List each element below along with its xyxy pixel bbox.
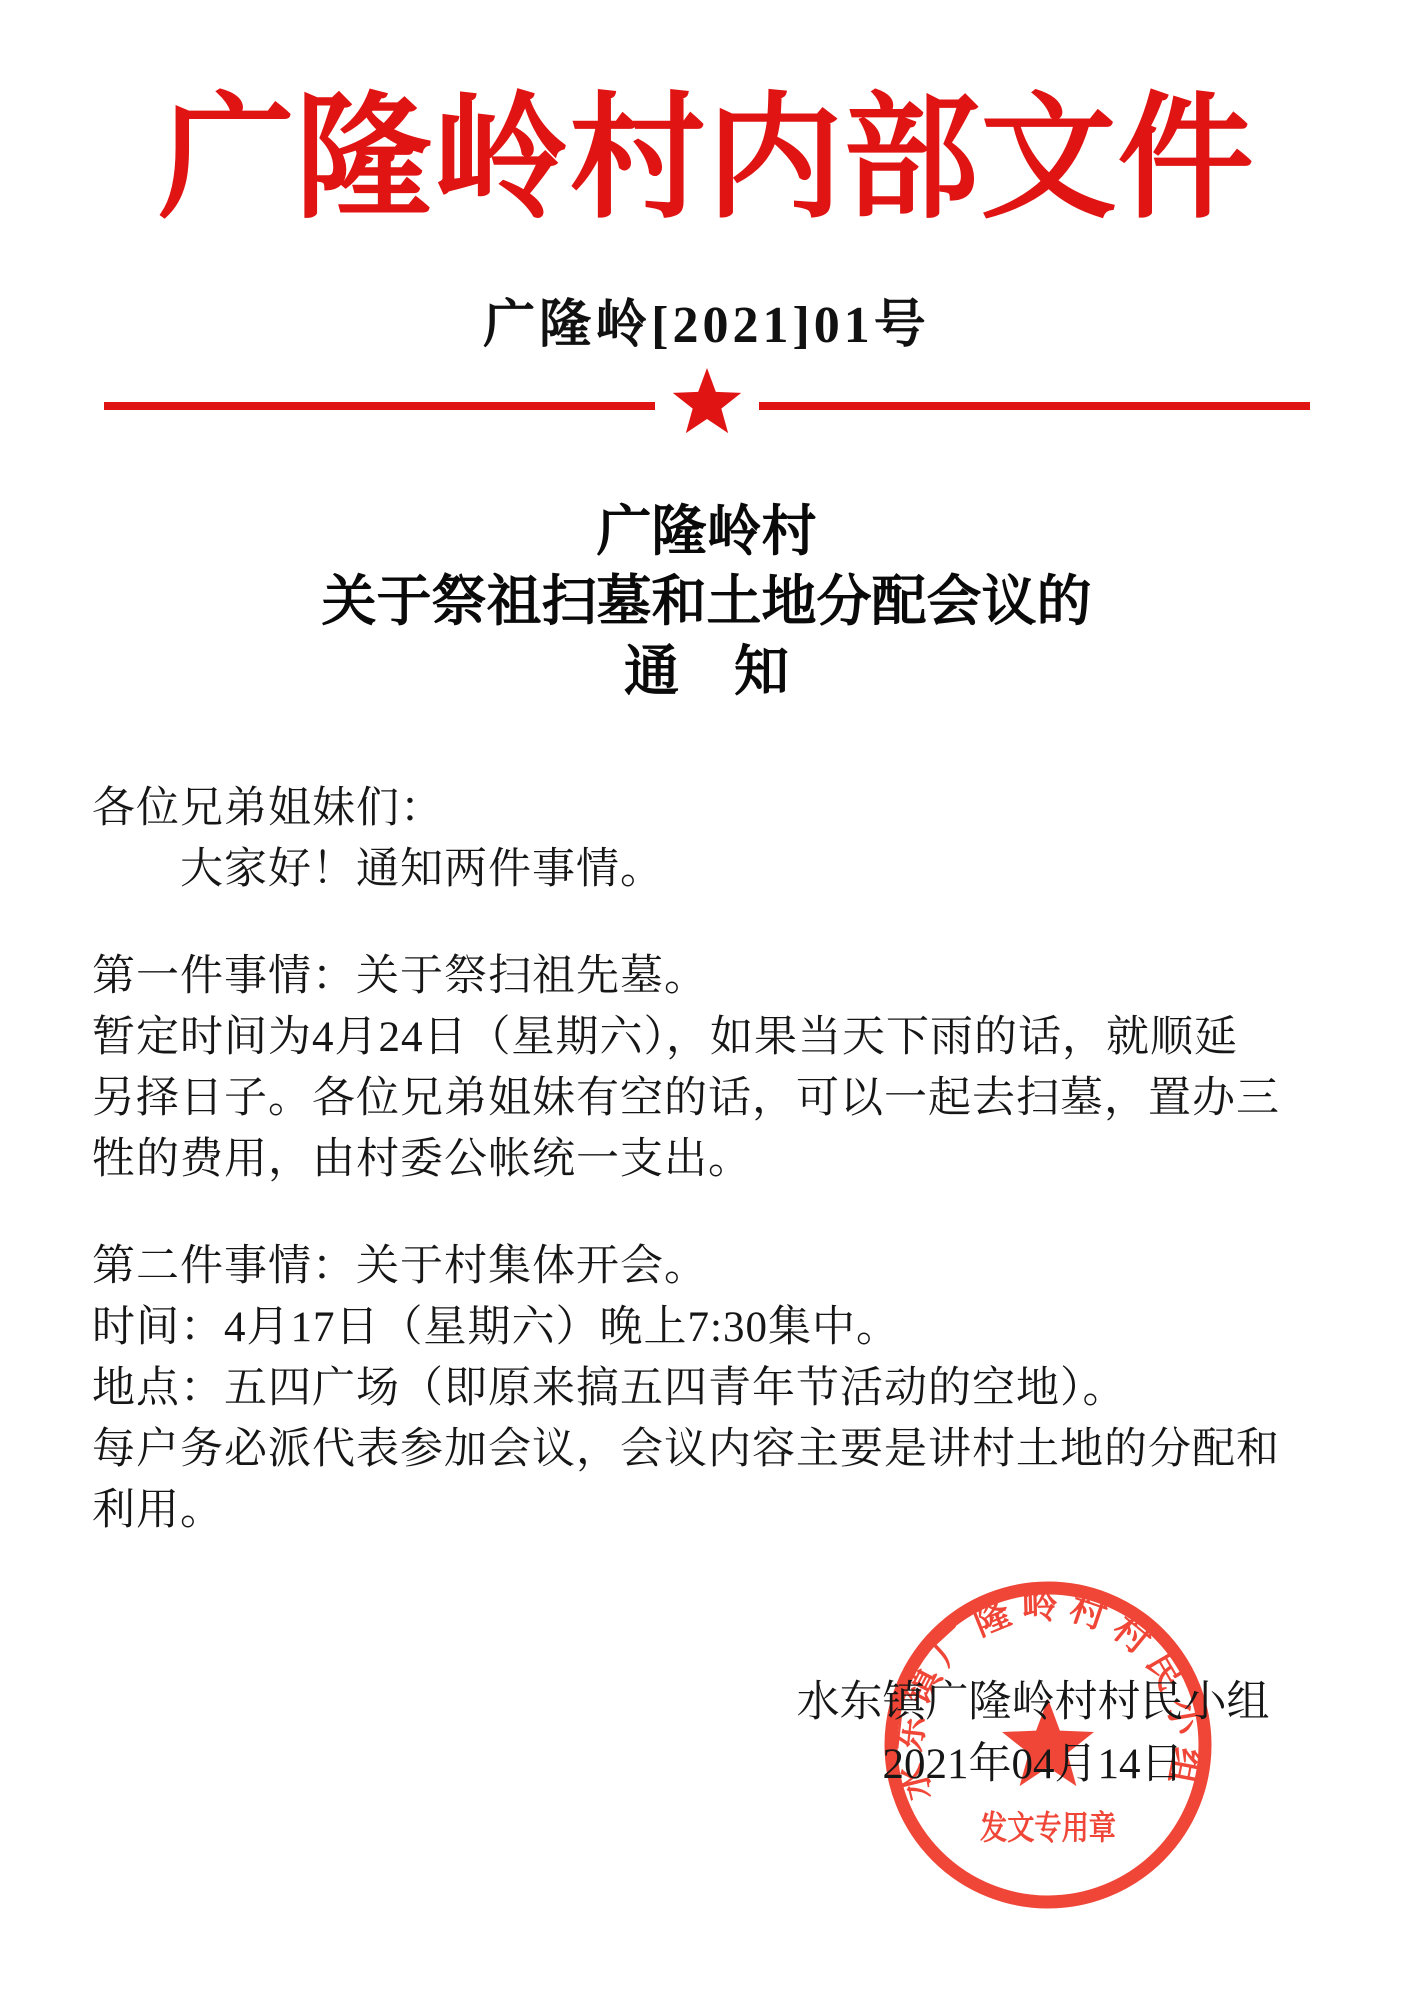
document-number: 广隆岭[2021]01号 bbox=[0, 282, 1413, 357]
section-1-line: 暂定时间为4月24日（星期六），如果当天下雨的话，就顺延 bbox=[92, 1007, 1344, 1068]
document-page: { "colors": { "accent_red": "#e11414", "… bbox=[0, 0, 1413, 2000]
section-1: 第一件事情：关于祭扫祖先墓。 暂定时间为4月24日（星期六），如果当天下雨的话，… bbox=[92, 946, 1344, 1190]
section-2-line: 利用。 bbox=[92, 1480, 1344, 1541]
section-2: 第二件事情：关于村集体开会。 时间：4月17日（星期六）晚上7:30集中。 地点… bbox=[92, 1236, 1344, 1541]
notice-body: 各位兄弟姐妹们： 大家好！通知两件事情。 第一件事情：关于祭扫祖先墓。 暂定时间… bbox=[92, 778, 1344, 1541]
greeting: 大家好！通知两件事情。 bbox=[92, 839, 1344, 900]
document-title: 广隆岭村内部文件 bbox=[0, 84, 1413, 236]
notice-heading-line3: 通 知 bbox=[0, 636, 1413, 706]
section-2-heading: 第二件事情：关于村集体开会。 bbox=[92, 1236, 1344, 1297]
notice-heading-line2: 关于祭祖扫墓和土地分配会议的 bbox=[0, 566, 1413, 636]
separator-line-right bbox=[759, 402, 1310, 410]
section-2-line: 地点：五四广场（即原来搞五四青年节活动的空地）。 bbox=[92, 1358, 1344, 1419]
separator-line-left bbox=[104, 402, 655, 410]
salutation: 各位兄弟姐妹们： bbox=[92, 778, 1344, 839]
section-1-line: 牲的费用，由村委公帐统一支出。 bbox=[92, 1129, 1344, 1190]
seal-bottom-text: 发文专用章 bbox=[980, 1809, 1116, 1847]
section-2-line: 时间：4月17日（星期六）晚上7:30集中。 bbox=[92, 1297, 1344, 1358]
red-star-icon bbox=[671, 368, 743, 440]
notice-heading: 广隆岭村 关于祭祖扫墓和土地分配会议的 通 知 bbox=[0, 496, 1413, 706]
notice-heading-line1: 广隆岭村 bbox=[0, 496, 1413, 566]
section-2-line: 每户务必派代表参加会议，会议内容主要是讲村土地的分配和 bbox=[92, 1419, 1344, 1480]
signature-organization: 水东镇广隆岭村村民小组 bbox=[733, 1672, 1333, 1734]
signature-date: 2021年04月14日 bbox=[733, 1734, 1333, 1796]
section-1-line: 另择日子。各位兄弟姐妹有空的话，可以一起去扫墓，置办三 bbox=[92, 1068, 1344, 1129]
section-1-heading: 第一件事情：关于祭扫祖先墓。 bbox=[92, 946, 1344, 1007]
signature-block: 水东镇广隆岭村村民小组 2021年04月14日 bbox=[733, 1672, 1333, 1796]
